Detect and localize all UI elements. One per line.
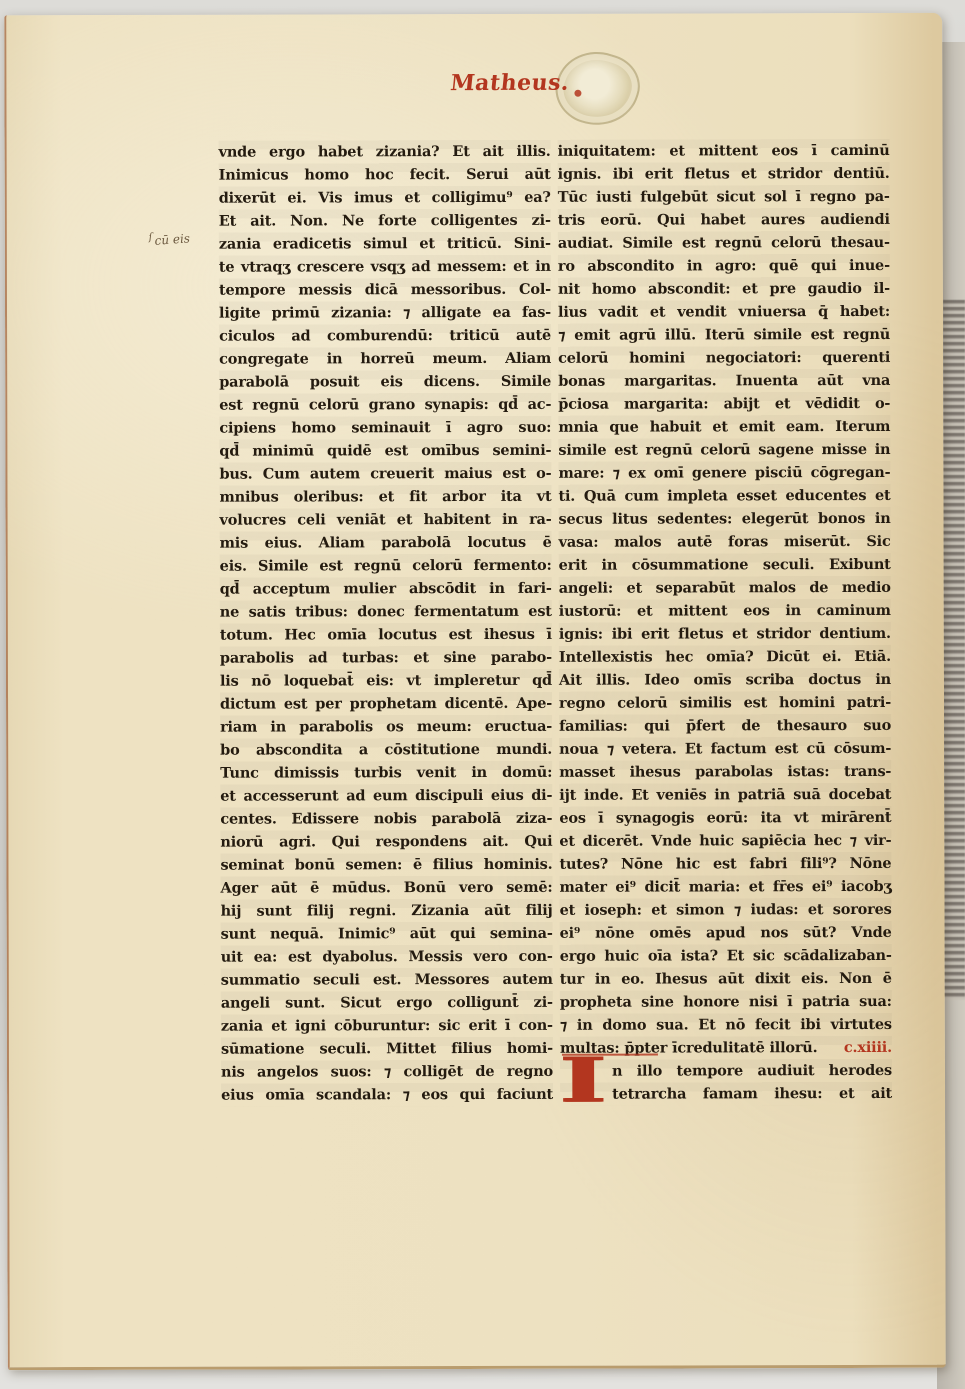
- text-line: vasa: malos autē foras miserūt. Sic: [559, 530, 891, 554]
- text-line: erit in cōsummatione seculi. Exibunt: [559, 553, 891, 577]
- marginal-note-text: cū eis: [154, 231, 190, 248]
- text-line: est regnū celorū grano synapis: qd̄ ac-: [219, 393, 551, 417]
- text-line: volucres celi veniāt et habitent in ra-: [220, 508, 552, 532]
- text-line: et ioseph: et simon ⁊ iudas: et sorores: [560, 898, 892, 922]
- text-line: eius omīa scandala: ⁊ eos qui faciunt: [221, 1083, 553, 1107]
- text-line: eis. Simile est regnū celorū fermento:: [220, 554, 552, 578]
- text-line: zania et igni cōburuntur: sic erit ī con…: [221, 1014, 553, 1038]
- text-line: celorū homini negociatori: querenti: [558, 346, 890, 370]
- text-line: mis eius. Aliam parabolā locutus ē: [220, 531, 552, 555]
- decorated-initial: I: [560, 1058, 643, 1106]
- text-line: te vtraqʒ crescere vsqʒ ad messem: et in: [219, 255, 551, 279]
- text-line: familias: qui p̄fert de thesauro suo: [559, 714, 891, 738]
- text-line: lis nō loquebat̄ eis: vt impleretur qd̄: [220, 669, 552, 693]
- text-line: ijt inde. Et veniēs in patriā suā doceba…: [559, 783, 891, 807]
- text-line: congregate in horreū meum. Aliam: [219, 347, 551, 371]
- text-line: qd̄ acceptum mulier abscōdit in fari-: [220, 577, 552, 601]
- text-column-left: vnde ergo habet zizania? Et ait illis.In…: [219, 140, 554, 1107]
- chapter-opening: I n illo tempore audiuit herodes tetrarc…: [560, 1059, 892, 1106]
- text-line: cipiens homo seminauit ī agro suo:: [219, 416, 551, 440]
- text-line: totum. Hec omīa locutus est ihesus ī: [220, 623, 552, 647]
- chapter-number: c.xiiii.: [844, 1036, 892, 1059]
- text-line: angeli: et separabūt malos de medio: [559, 576, 891, 600]
- text-line: ne satis tribus: donec fermentatum est: [220, 600, 552, 624]
- text-line: tutes? Nōne hic est fabri fili⁹? Nōne: [559, 852, 891, 876]
- text-line: et dicerēt. Vnde huic sapiēcia hec ⁊ vir…: [559, 829, 891, 853]
- text-line: bus. Cum autem creuerit maius est o-: [219, 462, 551, 486]
- text-line: tempore messis dicā messoribus. Col-: [219, 278, 551, 302]
- text-line: mnibus oleribus: et fit arbor ita vt: [219, 485, 551, 509]
- text-line: p̄ciosa margarita: abijt et vēdidit o-: [558, 392, 890, 416]
- text-line: bonas margaritas. Inuenta aūt vna: [558, 369, 890, 393]
- text-line: Ait illis. Ideo omīs scriba doctus in: [559, 668, 891, 692]
- vellum-leaf: Matheus. ſcū eis vnde ergo habet zizania…: [4, 13, 946, 1370]
- text-line: n illo tempore audiuit herodes: [612, 1059, 892, 1083]
- text-line: audiat. Simile est regnū celorū thesau-: [558, 231, 890, 255]
- insertion-mark: ſ: [148, 232, 152, 243]
- text-line: ei⁹ nōne omēs apud nos sūt? Vnde: [560, 921, 892, 945]
- text-line: Ager aūt ē mūdus. Bonū vero semē:: [220, 876, 552, 900]
- text-lines-right: iniquitatem: et mittent eos ī caminūigni…: [558, 139, 892, 1037]
- text-line: et accesserunt ad eum discipuli eius di-: [220, 784, 552, 808]
- text-line: ligite primū zizania: ⁊ alligate ea fas-: [219, 301, 551, 325]
- text-line: summatio seculi est. Messores autem: [221, 968, 553, 992]
- scanned-manuscript-page: Matheus. ſcū eis vnde ergo habet zizania…: [0, 0, 965, 1389]
- text-line: noua ⁊ vetera. Et factum est cū cōsum-: [559, 737, 891, 761]
- text-line: ⁊ in domo sua. Et nō fecit ibi virtutes: [560, 1013, 892, 1037]
- text-line: dictum est per prophetam dicentē. Ape-: [220, 692, 552, 716]
- text-line: Et ait. Non. Ne forte colligentes zi-: [219, 209, 551, 233]
- text-line: mnia que habuit et emit eam. Iterum: [558, 415, 890, 439]
- text-line: nit homo abscondit: et pre gaudio il-: [558, 277, 890, 301]
- text-line: ciculos ad comburendū: triticū autē: [219, 324, 551, 348]
- text-line: mare: ⁊ ex omī genere pisciū cōgregan-: [558, 461, 890, 485]
- running-title: Matheus.: [449, 70, 582, 96]
- text-line: uit ea: est dyabolus. Messis vero con-: [221, 945, 553, 969]
- text-line: nis angelos suos: ⁊ colligēt de regno: [221, 1060, 553, 1084]
- text-line: Intellexistis hec omīa? Dicūt ei. Etiā.: [559, 645, 891, 669]
- text-line: tris eorū. Qui habet aures audiendi: [558, 208, 890, 232]
- text-line: mater ei⁹ dicit̄ maria: et fr̄es ei⁹ iac…: [559, 875, 891, 899]
- text-line: eos ī synagogis eorū: ita vt mirārent̄: [559, 806, 891, 830]
- facing-page-text-sliver: [943, 300, 965, 1000]
- text-line: ro abscondito in agro: quē qui inue-: [558, 254, 890, 278]
- text-line: vnde ergo habet zizania? Et ait illis.: [219, 140, 551, 164]
- text-line: regno celorū similis est homini patri-: [559, 691, 891, 715]
- marginal-note: ſcū eis: [148, 229, 190, 248]
- text-line: iniquitatem: et mittent eos ī caminū: [558, 139, 890, 163]
- text-line: ⁊ emit agrū illū. Iterū simile est regnū: [558, 323, 890, 347]
- text-line: seminat bonū semen: ē filius hominis.: [220, 853, 552, 877]
- text-line: ergo huic oīa ista? Et sic scādalizaban-: [560, 944, 892, 968]
- text-line: hij sunt filij regni. Zizania aūt filij: [221, 899, 553, 923]
- text-line: secus litus sedentes: elegerūt bonos in: [559, 507, 891, 531]
- text-line: masset ihesus parabolas istas: trans-: [559, 760, 891, 784]
- text-line: qd̄ minimū quidē est omībus semini-: [219, 439, 551, 463]
- text-line: tetrarcha famam ihesu: et ait: [612, 1082, 892, 1106]
- text-line: centes. Edissere nobis parabolā ziza-: [220, 807, 552, 831]
- text-line: niorū agri. Qui respondens ait. Qui: [220, 830, 552, 854]
- text-line: riam in parabolis os meum: eructua-: [220, 715, 552, 739]
- text-line: Tūc iusti fulgebūt sicut sol ī regno pa-: [558, 185, 890, 209]
- chapter-opening-lines: n illo tempore audiuit herodes tetrarcha…: [612, 1059, 892, 1106]
- text-column-right: iniquitatem: et mittent eos ī caminūigni…: [558, 139, 893, 1106]
- text-line: Tunc dimissis turbis venit in domū:: [220, 761, 552, 785]
- text-line: parabolis ad turbas: et sine parabo-: [220, 646, 552, 670]
- text-line: Inimicus homo hoc fecit. Serui aūt: [219, 163, 551, 187]
- text-line: zania eradicetis simul et triticū. Sini-: [219, 232, 551, 256]
- text-line: sunt nequā. Inimic⁹ aūt qui semina-: [221, 922, 553, 946]
- text-line: ignis: ibi erit fletus et stridor dentiu…: [559, 622, 891, 646]
- chapter-end-line: multas: p̄pter īcredulitatē illorū. c.xi…: [560, 1036, 892, 1060]
- text-line: dixerūt ei. Vis imus et colligimu⁹ ea?: [219, 186, 551, 210]
- text-line: iustorū: et mittent eos in caminum: [559, 599, 891, 623]
- text-line: bo abscondita a cōstitutione mundi.: [220, 738, 552, 762]
- text-line: tur in eo. Ihesus aūt dixit eis. Non ē: [560, 967, 892, 991]
- text-line: angeli sunt. Sicut ergo colligunt̄ zi-: [221, 991, 553, 1015]
- text-line: ignis. ibi erit fletus et stridor dentiū…: [558, 162, 890, 186]
- text-line: ti. Quā cum impleta esset educentes et: [558, 484, 890, 508]
- text-line: sūmatione seculi. Mittet filius homi-: [221, 1037, 553, 1061]
- text-line: simile est regnū celorū sagene misse in: [558, 438, 890, 462]
- text-line: parabolā posuit eis dicens. Simile: [219, 370, 551, 394]
- text-line: propheta sine honore nisi ī patria sua:: [560, 990, 892, 1014]
- text-line: lius vadit et vendit vniuersa q̄ habet:: [558, 300, 890, 324]
